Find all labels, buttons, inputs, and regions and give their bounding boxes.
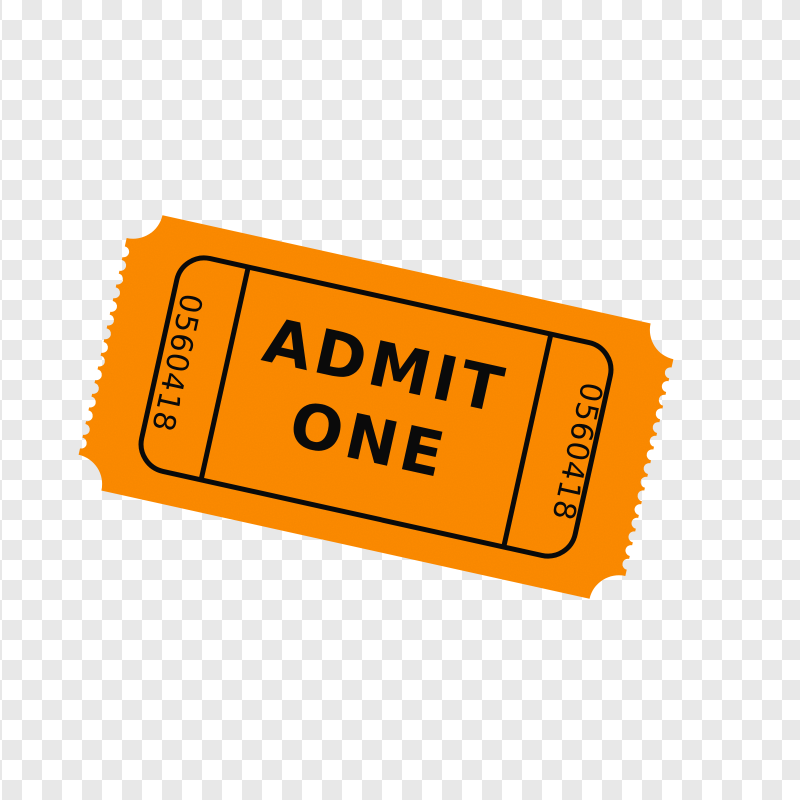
admit-one-ticket: ADMIT ONE 0560418 0560418: [72, 209, 680, 606]
